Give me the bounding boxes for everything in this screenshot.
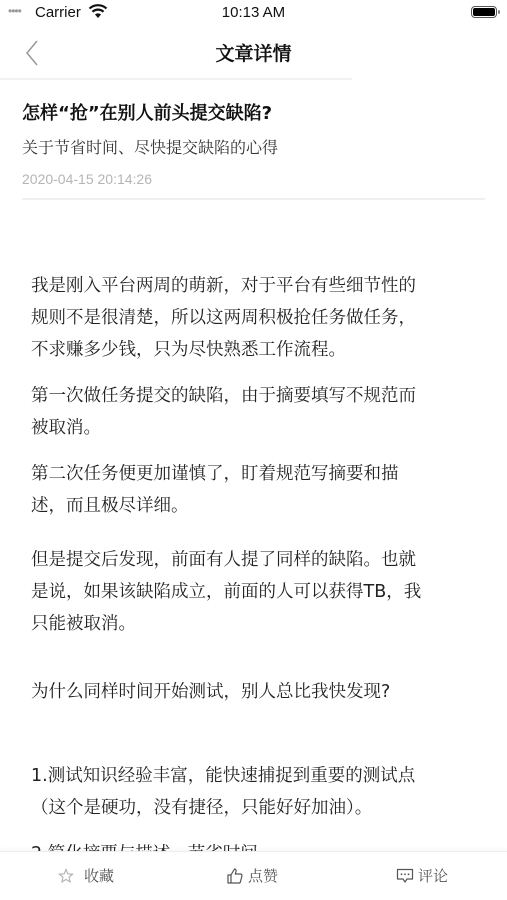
comment-label: 评论 <box>418 865 448 886</box>
paragraph-line: 第二次任务便更加谨慎了，盯着规范写摘要和描 <box>31 458 399 490</box>
navigation-bar: 文章详情 <box>0 26 507 78</box>
paragraph-line: 第一次做任务提交的缺陷，由于摘要填写不规范而 <box>31 380 416 412</box>
header-divider <box>22 198 485 200</box>
paragraph-line: 但是提交后发现，前面有人提了同样的缺陷。也就 <box>31 544 416 576</box>
paragraph-line: 只能被取消。 <box>31 608 136 640</box>
clock: 10:13 AM <box>0 4 507 21</box>
paragraph-line: 我是刚入平台两周的萌新，对于平台有些细节性的 <box>31 270 416 302</box>
paragraph-line: （这个是硬功，没有捷径，只能好好加油）。 <box>31 792 372 824</box>
like-label: 点赞 <box>248 865 278 886</box>
article-date: 2020-04-15 20:14:26 <box>22 171 152 187</box>
paragraph-line: 述，而且极尽详细。 <box>31 490 189 522</box>
favorite-button[interactable]: 收藏 <box>58 865 114 886</box>
paragraph-line: 被取消。 <box>31 412 101 444</box>
favorite-label: 收藏 <box>84 865 114 886</box>
star-icon <box>58 868 74 884</box>
paragraph-line: 为什么同样时间开始测试，别人总比我快发现? <box>31 676 390 708</box>
paragraph-line: 不求赚多少钱，只为尽快熟悉工作流程。 <box>31 334 346 366</box>
page-title: 文章详情 <box>0 39 507 66</box>
comment-button[interactable]: 评论 <box>396 865 448 886</box>
paragraph-line: 1.测试知识经验丰富，能快速捕捉到重要的测试点 <box>31 760 415 792</box>
status-bar: •••• Carrier 10:13 AM <box>0 0 507 26</box>
thumbs-up-icon <box>226 867 244 885</box>
nav-divider <box>0 78 352 80</box>
article-subtitle: 关于节省时间、尽快提交缺陷的心得 <box>22 135 278 158</box>
paragraph-line: 规则不是很清楚，所以这两周积极抢任务做任务， <box>31 302 416 334</box>
paragraph-line: 是说，如果该缺陷成立，前面的人可以获得TB，我 <box>31 576 421 608</box>
battery-icon <box>471 6 497 18</box>
comment-icon <box>396 868 414 884</box>
like-button[interactable]: 点赞 <box>226 865 278 886</box>
article-title: 怎样“抢”在别人前头提交缺陷? <box>22 99 272 125</box>
bottom-action-bar: 收藏 点赞 评论 <box>0 851 507 900</box>
